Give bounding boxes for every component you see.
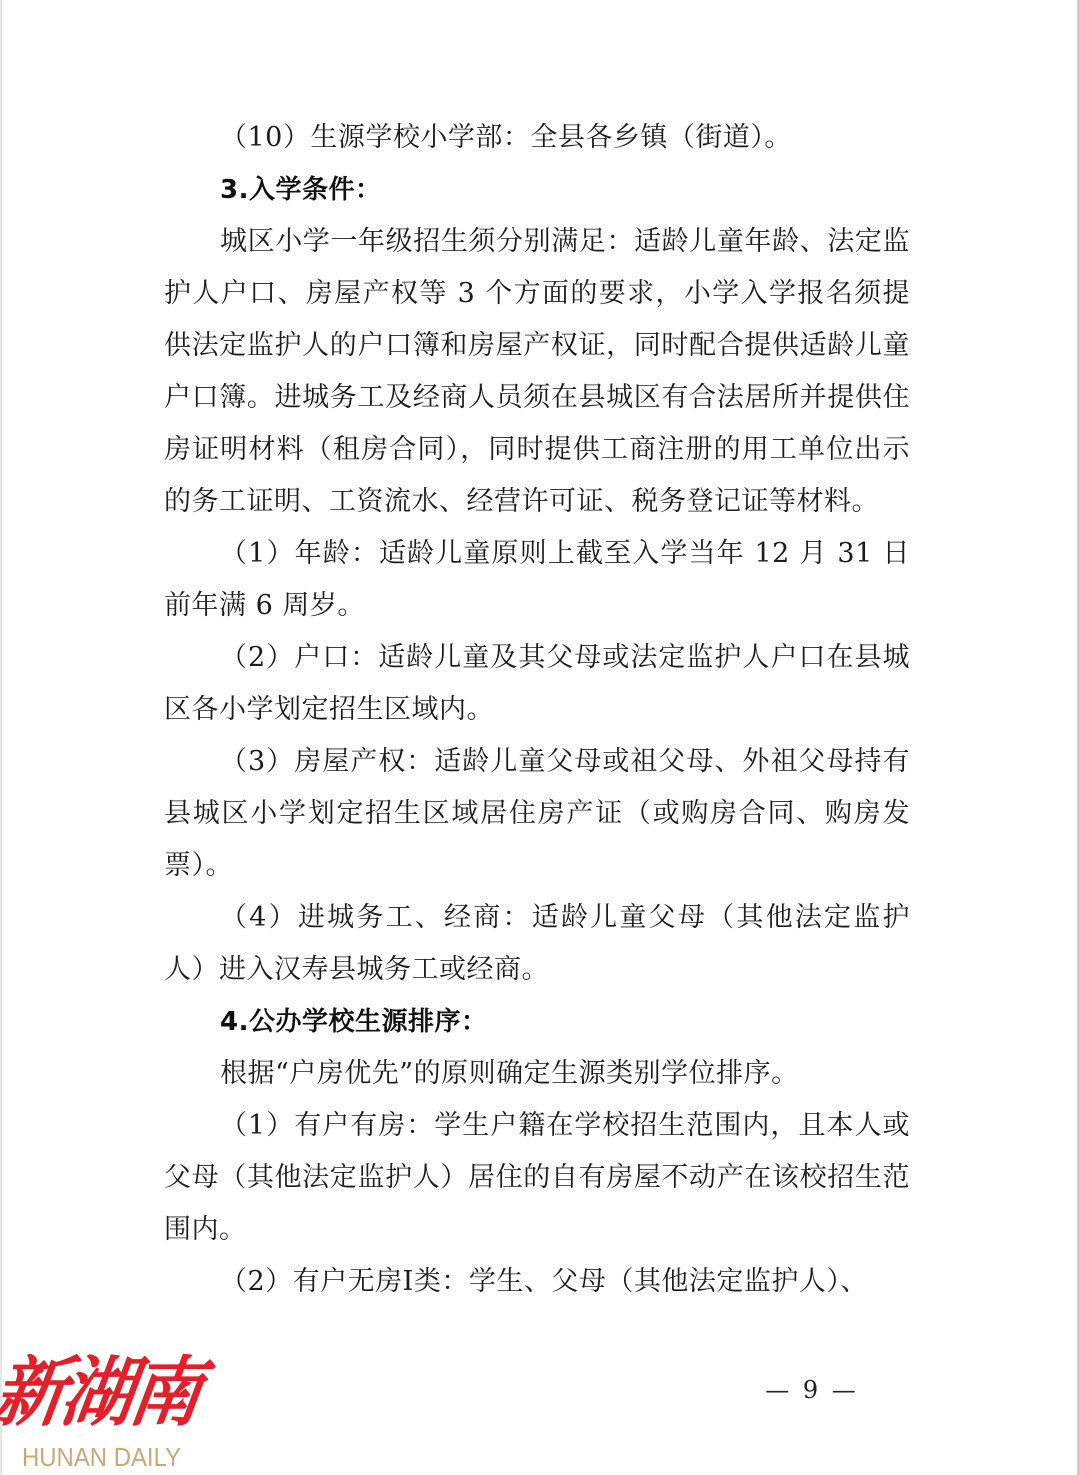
paragraph-enrollment-requirements: 城区小学一年级招生须分别满足：适龄儿童年龄、法定监护人户口、房屋产权等 3 个方…: [164, 216, 910, 528]
section-heading-public-school-ranking: 4.公办学校生源排序：: [164, 996, 910, 1048]
paragraph-ranking-household-no-property: （2）有户无房Ⅰ类：学生、父母（其他法定监护人）、: [164, 1256, 910, 1308]
page-left-edge: [0, 0, 2, 1475]
paragraph-condition-property: （3）房屋产权：适龄儿童父母或祖父母、外祖父母持有县城区小学划定招生区域居住房产…: [164, 736, 910, 892]
logo-english-text: HUNAN DAILY: [22, 1442, 181, 1473]
document-page-body: （10）生源学校小学部：全县各乡镇（街道）。 3.入学条件： 城区小学一年级招生…: [164, 112, 910, 1308]
paragraph-condition-migrant-workers: （4）进城务工、经商：适龄儿童父母（其他法定监护人）进入汉寿县城务工或经商。: [164, 892, 910, 996]
page-number: — 9 —: [762, 1376, 862, 1404]
paragraph-ranking-principle: 根据“户房优先”的原则确定生源类别学位排序。: [164, 1048, 910, 1100]
section-heading-enrollment-conditions: 3.入学条件：: [164, 164, 910, 216]
logo-chinese-text: 新湖南: [0, 1348, 204, 1436]
paragraph-source-school-item-10: （10）生源学校小学部：全县各乡镇（街道）。: [164, 112, 910, 164]
paragraph-condition-age: （1）年龄：适龄儿童原则上截至入学当年 12 月 31 日前年满 6 周岁。: [164, 528, 910, 632]
paragraph-ranking-household-and-property: （1）有户有房：学生户籍在学校招生范围内，且本人或父母（其他法定监护人）居住的自…: [164, 1100, 910, 1256]
hunan-daily-logo: 新湖南 HUNAN DAILY: [0, 1348, 230, 1475]
paragraph-condition-household: （2）户口：适龄儿童及其父母或法定监护人户口在县城区各小学划定招生区域内。: [164, 632, 910, 736]
